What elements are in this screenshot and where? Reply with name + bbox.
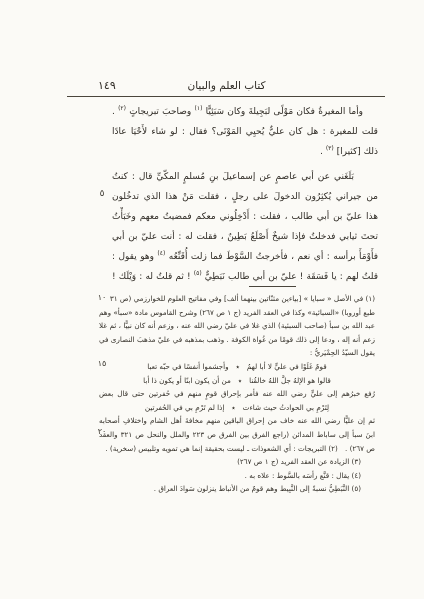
footnote-verse-line: قالوا هو الإلهُ جلَّ اللهُ خالقُنا ٭ من … [99,374,375,388]
scan-page: ١٤٩ كتاب العلم والبيان وأما المغيرةُ فكا… [0,0,424,599]
main-text-line: ذلك [كثيرا] (٣) . [112,142,378,162]
footnote-line: زعم أنه إله ، ودعا إلى ذلك قومًا من غُوا… [99,333,375,347]
footnote-line: رُفع خبرُهم إلى عليٍّ رضي الله عنه فأمر … [99,387,375,401]
main-text-line: من جيراني يُكثِرُون الدخولَ على رجلٍ ، ف… [112,187,378,207]
footnote-line: عبد الله بن سبأ (صاحب السبئية) الذي غلا … [99,319,375,333]
footnote-line: (٥) النَّبَطِيُّ نسبةً إلى النَّبِيط وهم… [99,482,375,496]
footnote-line: (١) في الأصل « سبايا » [بياءين مثنّاتين … [99,292,375,306]
main-text-line: قلتُ لهم : يا فَسَقَة ! عليّ بن أبي طالب… [112,267,378,287]
footnote-line: ابنَ سبأ إلى ساباط المدائن (راجع الفرق ب… [99,428,375,442]
footnote-marker: (٥) [194,270,202,277]
margin-line-number: ٥ [93,189,111,199]
footnote-line: طبع أوروبا) «السبائية» وكذا في العقد الف… [99,306,375,320]
main-text: وأما المغيرةُ فكان مَوْلًى لبَجِيلةَ وكا… [112,102,378,287]
footnotes: (١) في الأصل « سبايا » [بياءين مثنّاتين … [99,292,375,496]
text-segment: من جيراني يُكثِرُون الدخولَ على رجلٍ ، ف… [112,192,378,207]
text-segment: فأَوْمَأَ برأسه : أي نعم ، فأخرجتُ السَّ… [165,252,378,262]
footnote-line: (٤) يقال : قنَّع رأسَه بالسَّوط : علاه ب… [99,469,375,483]
text-segment: بَلَغَني عن أبي عاصمٍ عن إسماعيلَ بنِ مُ… [112,172,354,187]
main-text-line: قلت للمغيرة : هل كان عليٌّ يُحيِي المَوْ… [112,122,378,142]
margin-line-number: ١٥ [93,359,111,368]
main-text-line: تحتَ ثيابي فدخلتُ فإذا شيخٌ أَصْلَعُ بَط… [112,227,378,247]
footnote-marker: (٢) [118,105,126,112]
main-text-line: هذا عليّ بن أبي طالب ، فقلت : أَدْخِلُون… [112,207,378,227]
text-segment: هذا عليّ بن أبي طالب ، فقلت : أَدْخِلُون… [112,212,378,227]
margin-line-number: ٢٠ [93,427,111,436]
text-segment: وصاحبَ تبريجاتٍ [126,107,194,117]
text-segment: قلت للمغيرة : هل كان عليٌّ يُحيِي المَوْ… [112,127,378,142]
footnote-line: يقول السيّدُ الحِمْيَريُّ : [99,346,375,360]
main-text-line: وأما المغيرةُ فكان مَوْلًى لبَجِيلةَ وكا… [112,102,378,122]
header-rule [67,96,385,97]
margin-line-number: ١٠ [93,293,111,302]
running-title: كتاب العلم والبيان [68,80,385,92]
text-segment: تحتَ ثيابي فدخلتُ فإذا شيخٌ أَصْلَعُ بَط… [112,232,378,247]
text-segment: ذلك [كثيرا] [334,147,378,157]
main-text-line: فأَوْمَأَ برأسه : أي نعم ، فأخرجتُ السَّ… [112,247,378,267]
footnote-separator [249,286,296,287]
footnote-line: ص ٢٦٧) . (٢) التبريجات : أي الشعوذات ـ ل… [99,442,375,456]
text-segment: وأما المغيرةُ فكان مَوْلًى لبَجِيلةَ وكا… [202,107,363,117]
footnote-marker: (٣) [326,145,334,152]
footnote-line: (٣) الزيادة عن العقد الفريد (ج ١ ص ٢٦٧) [99,455,375,469]
footnote-line: ثم إن عليًّا رضي الله عنه خاف من إحراق ا… [99,414,375,428]
footnote-verse-line: قومٌ غَلَوْا في عليٍّ لا أبا لهمُ ٭ وأجش… [99,360,375,374]
main-text-line: بَلَغَني عن أبي عاصمٍ عن إسماعيلَ بنِ مُ… [112,167,378,187]
footnote-verse-line: لِتَرْمِ بي الحوادثُ حيث شاءت ٭ إذا لم ت… [99,401,375,415]
text-segment: قلتُ لهم : يا فَسَقَة ! عليّ بن أبي طالب… [202,272,378,282]
